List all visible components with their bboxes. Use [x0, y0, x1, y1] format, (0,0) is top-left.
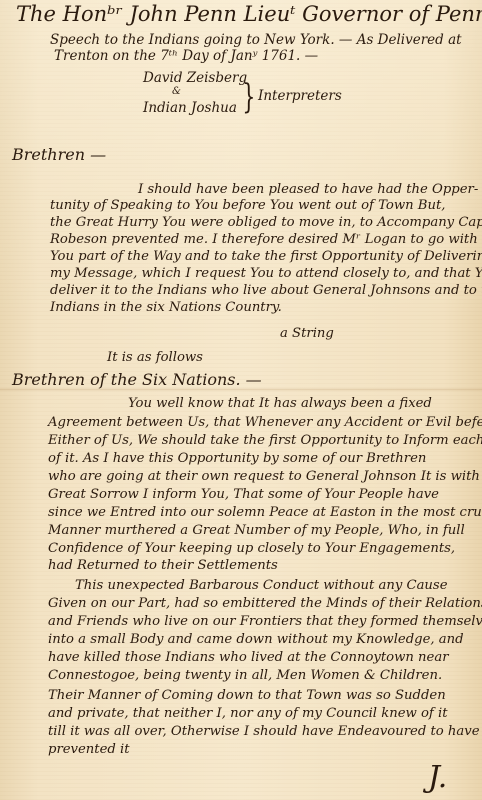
manuscript-page: The Honᵇʳ John Penn Lieuᵗ Governor of Pe… [0, 0, 482, 800]
paragraph-1-line: I should have been pleased to have had t… [138, 182, 478, 197]
paragraph-4-line: and private, that neither I, nor any of … [48, 706, 448, 721]
it-is-as-follows: It is as follows [107, 350, 203, 365]
paragraph-3-line: into a small Body and came down without … [48, 632, 464, 647]
brace-icon: } [242, 80, 255, 114]
paragraph-2-line: Either of Us, We should take the first O… [48, 433, 482, 448]
paragraph-3-line: have killed those Indians who lived at t… [48, 650, 449, 665]
salutation-six-nations: Brethren of the Six Nations. — [12, 370, 262, 389]
salutation-brethren: Brethren — [12, 145, 106, 164]
paragraph-1-line: You part of the Way and to take the firs… [50, 249, 482, 264]
paragraph-1-line: the Great Hurry You were obliged to move… [50, 215, 482, 230]
document-title: The Honᵇʳ John Penn Lieuᵗ Governor of Pe… [16, 2, 482, 26]
paragraph-1-line: Indians in the six Nations Country. [50, 300, 282, 315]
paragraph-2-line: Confidence of Your keeping up closely to… [48, 541, 455, 556]
paragraph-3-line: and Friends who live on our Frontiers th… [48, 614, 482, 629]
interpreter-ampersand: & [172, 86, 181, 97]
paragraph-2-line: since we Entred into our solemn Peace at… [48, 505, 482, 520]
paragraph-3-line: This unexpected Barbarous Conduct withou… [75, 578, 448, 593]
catchword: J. [428, 760, 447, 795]
paragraph-1-line: tunity of Speaking to You before You wen… [50, 198, 445, 213]
paragraph-2-line: Great Sorrow I inform You, That some of … [48, 487, 439, 502]
paragraph-3-line: Given on our Part, had so embittered the… [48, 596, 482, 611]
header-line-2: Speech to the Indians going to New York.… [50, 32, 462, 48]
paragraph-4-line: till it was all over, Otherwise I should… [48, 724, 480, 739]
interpreter-name-1: David Zeisberg [143, 70, 247, 86]
paragraph-2-line: had Returned to their Settlements [48, 558, 278, 573]
paragraph-1-line: Robeson prevented me. I therefore desire… [50, 232, 478, 247]
paragraph-2-line: who are going at their own request to Ge… [48, 469, 480, 484]
paragraph-2-line: of it. As I have this Opportunity by som… [48, 451, 426, 466]
paragraph-4-line: prevented it [48, 742, 130, 757]
header-line-3: Trenton on the 7ᵗʰ Day of Janʸ 1761. — [54, 48, 318, 64]
paragraph-3-line: Connestogoe, being twenty in all, Men Wo… [48, 668, 442, 683]
paragraph-1-line: my Message, which I request You to atten… [50, 266, 482, 281]
paragraph-2-line: Manner murthered a Great Number of my Pe… [48, 523, 465, 538]
paragraph-2-line: You well know that It has always been a … [128, 396, 432, 411]
string-note: a String [280, 326, 334, 341]
paragraph-2-line: Agreement between Us, that Whenever any … [48, 415, 482, 430]
paragraph-4-line: Their Manner of Coming down to that Town… [48, 688, 446, 703]
interpreter-name-2: Indian Joshua [143, 100, 237, 116]
paragraph-1-line: deliver it to the Indians who live about… [50, 283, 482, 298]
interpreters-label: Interpreters [258, 88, 342, 104]
